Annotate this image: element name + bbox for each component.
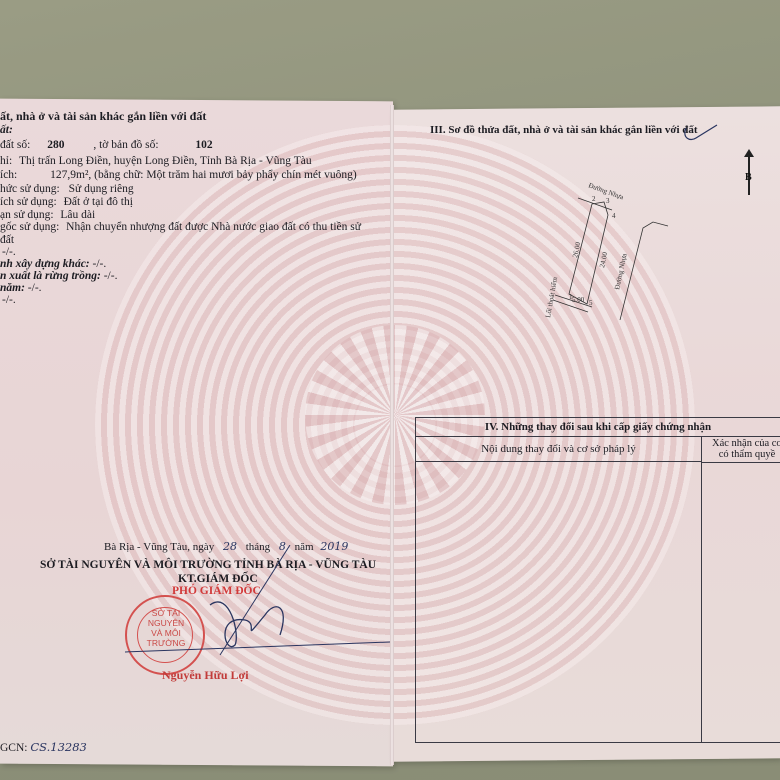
field-value: Thị trấn Long Điền, huyện Long Điền, Tỉn…	[19, 155, 312, 167]
map-sheet-number: 102	[195, 139, 212, 151]
changes-table: IV. Những thay đổi sau khi cấp giấy chứn…	[415, 417, 780, 743]
gcn-value: CS.13283	[30, 740, 87, 754]
field-label: hức sử dụng:	[0, 183, 60, 195]
section-iii-heading: III. Sơ đồ thửa đất, nhà ở và tài sản kh…	[430, 124, 698, 136]
field-label: nh xây dựng khác:	[0, 258, 90, 270]
gcn-number: GCN: CS.13283	[0, 742, 87, 755]
field-label: đất số:	[0, 139, 30, 151]
col2-line2: có thẩm quyề	[702, 449, 780, 460]
point-2: 2	[592, 195, 596, 203]
field-label: n xuất là rừng trồng:	[0, 270, 101, 282]
field-value: -/-.	[104, 270, 118, 282]
field-value: 127,9m², (bằng chữ: Một trăm hai mươi bả…	[50, 169, 357, 181]
field-other-construction: nh xây dựng khác: -/-.	[0, 259, 106, 271]
page-fold	[390, 105, 394, 765]
gcn-label: GCN:	[0, 742, 27, 754]
underline-stroke	[125, 640, 395, 660]
dash-line: -/-.	[2, 295, 16, 307]
field-label: hỉ:	[0, 155, 12, 167]
field-usage-form: hức sử dụng: Sử dụng riêng	[0, 184, 134, 196]
column-header-changes: Nội dung thay đổi và cơ sở pháp lý	[416, 437, 702, 462]
parcel-number: 280	[47, 139, 64, 151]
point-5: 5	[589, 299, 593, 307]
field-value: Đất ở tại đô thị	[64, 196, 133, 208]
field-usage-term: ạn sử dụng: Lâu dài	[0, 210, 95, 222]
handwritten-mark	[682, 120, 722, 150]
field-label: năm:	[0, 282, 25, 294]
field-label: ích:	[0, 169, 17, 181]
field-label: ạn sử dụng:	[0, 209, 54, 221]
col2-line1: Xác nhận của cơ	[702, 438, 780, 449]
map-sheet-label: , tờ bản đồ số:	[93, 139, 158, 151]
road-right-label: Đường Nhựa	[613, 252, 629, 290]
signer-name: Nguyễn Hữu Lợi	[162, 669, 249, 681]
field-usage-purpose: ích sử dụng: Đất ở tại đô thị	[0, 197, 133, 209]
field-parcel: đất số: 280 , tờ bản đồ số: 102	[0, 140, 213, 152]
edge-5: 5.00	[572, 296, 585, 304]
field-value: -/-.	[28, 282, 42, 294]
north-label: B	[745, 172, 752, 183]
field-area: ích: 127,9m², (bằng chữ: Một trăm hai mư…	[0, 170, 357, 182]
field-value: Lâu dài	[60, 209, 95, 221]
field-usage-origin-cont: đất	[0, 235, 14, 247]
point-3: 3	[606, 197, 610, 205]
field-value: Sử dụng riêng	[69, 183, 134, 195]
edge-24: 24.00	[598, 251, 609, 269]
field-label: ích sử dụng:	[0, 196, 57, 208]
date-year: 2019	[320, 540, 348, 553]
section-heading: ất, nhà ở và tài sản khác gắn liền với đ…	[0, 110, 206, 122]
column-header-confirmation: Xác nhận của cơ có thẩm quyề	[702, 437, 780, 463]
field-value: -/-.	[93, 258, 107, 270]
field-address: hỉ: Thị trấn Long Điền, huyện Long Điền,…	[0, 156, 312, 168]
section-iv-title: IV. Những thay đổi sau khi cấp giấy chứn…	[416, 418, 780, 437]
edge-26: 26.00	[571, 241, 582, 259]
field-perennial: năm: -/-.	[0, 283, 42, 295]
field-usage-origin: gốc sử dụng: Nhận chuyển nhượng đất được…	[0, 222, 361, 234]
column-divider	[701, 461, 702, 742]
field-forest: n xuất là rừng trồng: -/-.	[0, 271, 117, 283]
field-label: gốc sử dụng:	[0, 221, 59, 233]
dash-line: -/-.	[2, 247, 16, 259]
field-value: Nhận chuyển nhượng đất được Nhà nước gia…	[66, 221, 361, 233]
alley-label: Lối thoát hiểm	[544, 276, 559, 319]
sub-heading: ất:	[0, 125, 13, 137]
parcel-diagram: Đường Nhựa 2 3 4 5 1 26.00 24.00 5.00 Đư…	[520, 170, 680, 320]
point-4: 4	[612, 212, 616, 220]
